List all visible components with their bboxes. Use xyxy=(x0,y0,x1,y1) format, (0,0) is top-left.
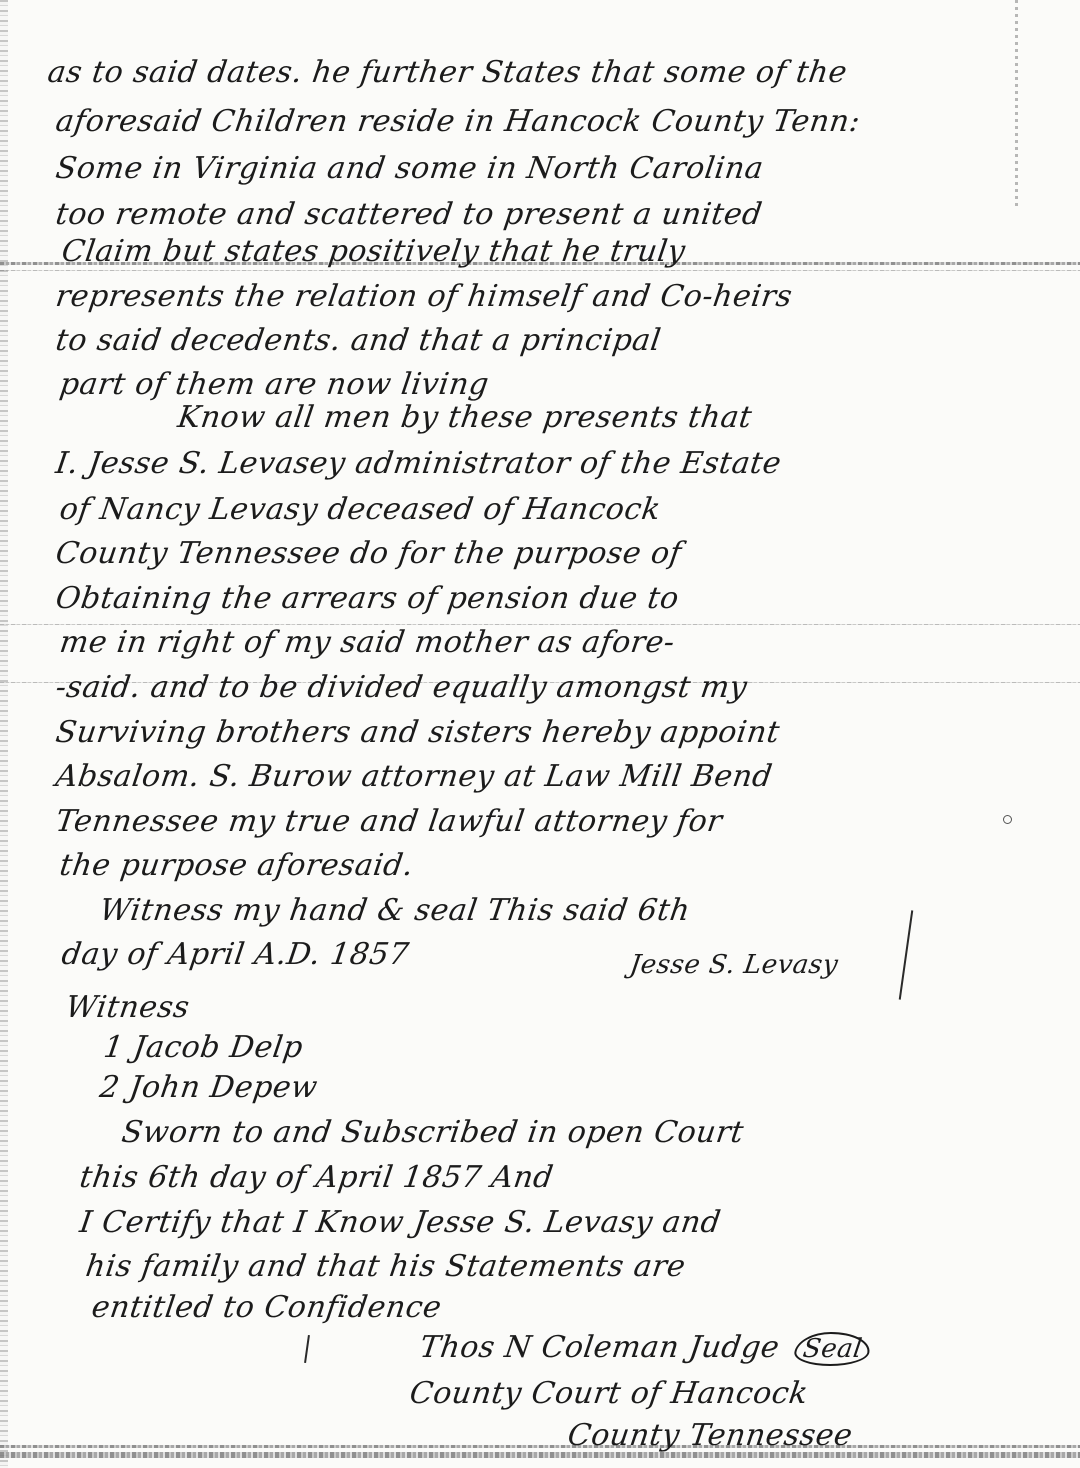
text-line: Surviving brothers and sisters hereby ap… xyxy=(54,715,782,750)
court-line: County Tennessee xyxy=(566,1418,855,1453)
scan-line-artifact xyxy=(0,1452,1080,1458)
scan-speck xyxy=(1003,815,1012,824)
scan-edge-artifact xyxy=(0,0,8,1468)
judge-signature: Thos N Coleman Judge Seal xyxy=(417,1330,872,1366)
text-line: Obtaining the arrears of pension due to xyxy=(54,581,682,616)
text-line: as to said dates. he further States that… xyxy=(46,55,850,90)
text-line: Absalom. S. Burow attorney at Law Mill B… xyxy=(54,759,775,794)
text-line: of Nancy Levasy deceased of Hancock xyxy=(58,492,663,527)
ink-mark xyxy=(899,910,914,999)
text-line: too remote and scattered to present a un… xyxy=(54,197,765,232)
text-line: to said decedents. and that a principal xyxy=(54,323,664,358)
scan-line-artifact xyxy=(0,270,1080,271)
witness-item: 1 Jacob Delp xyxy=(102,1030,306,1065)
seal-mark: Seal xyxy=(793,1332,873,1366)
text-line: Witness my hand & seal This said 6th xyxy=(98,893,693,928)
text-line: Claim but states positively that he trul… xyxy=(60,234,688,269)
text-line: the purpose aforesaid. xyxy=(58,848,416,883)
certification-line: this 6th day of April 1857 And xyxy=(78,1160,556,1195)
certification-line: his family and that his Statements are xyxy=(84,1249,688,1284)
witness-item: 2 John Depew xyxy=(98,1070,320,1105)
ink-mark xyxy=(304,1335,310,1363)
text-line: day of April A.D. 1857 xyxy=(60,937,412,972)
court-line: County Court of Hancock xyxy=(408,1376,811,1411)
text-line: me in right of my said mother as afore- xyxy=(58,625,678,660)
text-line: Tennessee my true and lawful attorney fo… xyxy=(54,804,725,839)
text-line: represents the relation of himself and C… xyxy=(54,279,795,314)
text-line: part of them are now living xyxy=(58,367,492,402)
witness-heading: Witness xyxy=(64,990,192,1025)
judge-name: Thos N Coleman Judge xyxy=(418,1330,782,1365)
certification-line: Sworn to and Subscribed in open Court xyxy=(120,1115,746,1150)
scan-line-artifact xyxy=(0,1445,1080,1448)
text-line: aforesaid Children reside in Hancock Cou… xyxy=(54,104,863,139)
signature-applicant: Jesse S. Levasy xyxy=(628,950,840,980)
certification-line: entitled to Confidence xyxy=(90,1290,444,1325)
scanned-document-page: as to said dates. he further States that… xyxy=(0,0,1080,1468)
scan-edge-artifact xyxy=(1015,0,1018,210)
text-line: Some in Virginia and some in North Carol… xyxy=(54,151,766,186)
text-line: County Tennessee do for the purpose of xyxy=(54,536,684,571)
text-line: I. Jesse S. Levasey administrator of the… xyxy=(54,446,784,481)
text-line: -said. and to be divided equally amongst… xyxy=(54,670,750,705)
text-line: Know all men by these presents that xyxy=(176,400,755,435)
certification-line: I Certify that I Know Jesse S. Levasy an… xyxy=(78,1205,724,1240)
